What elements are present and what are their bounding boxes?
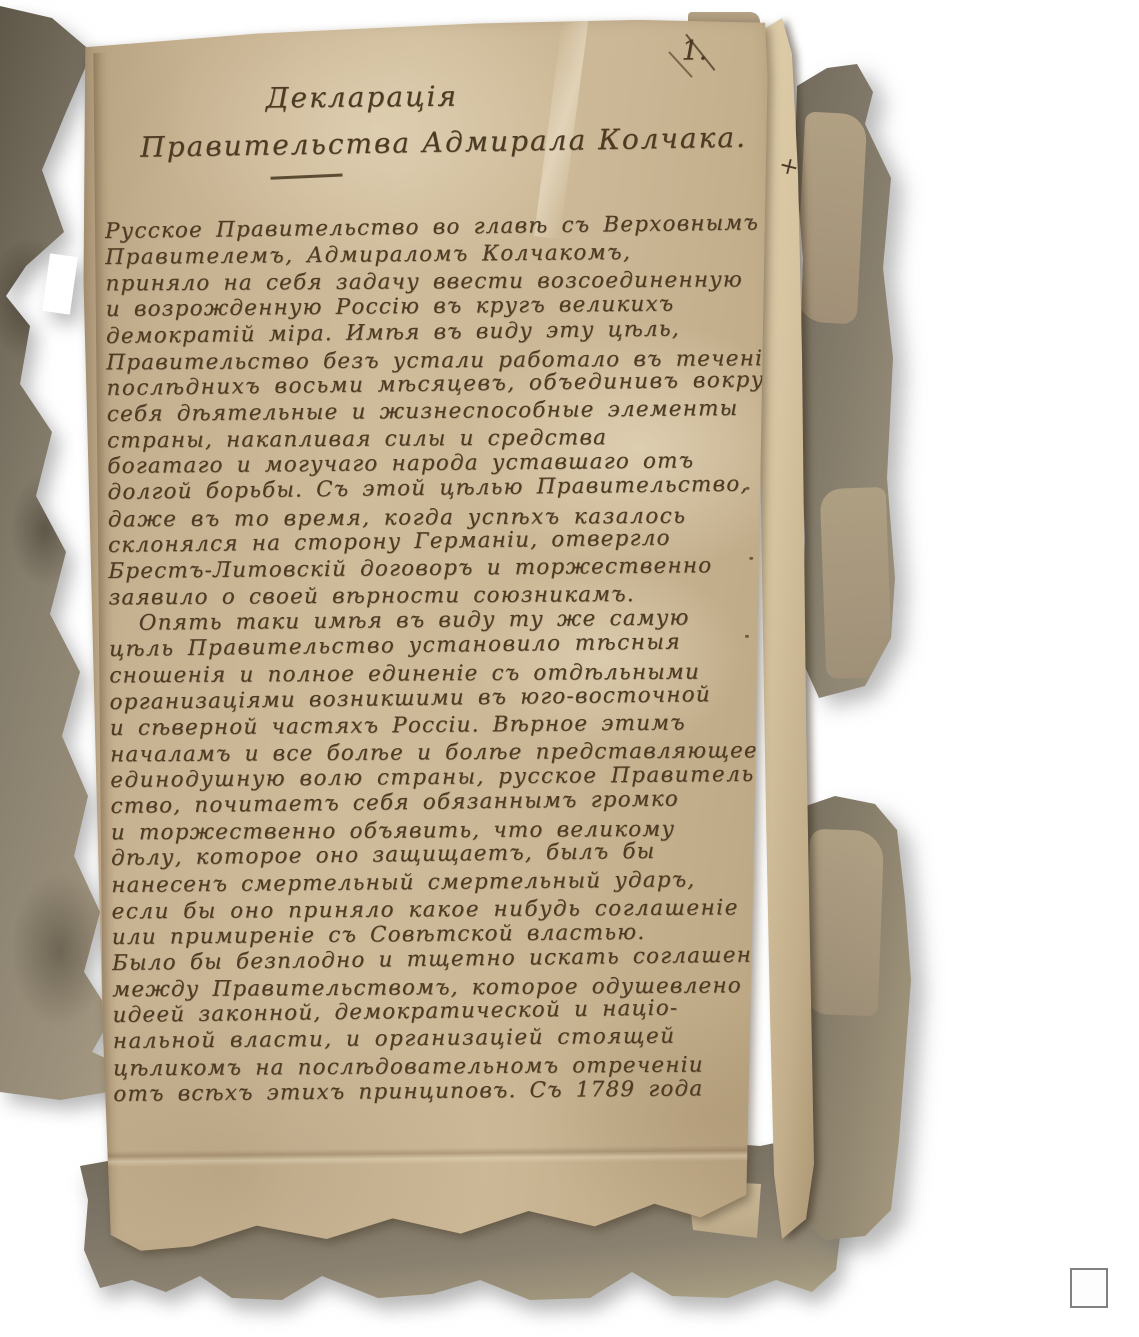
broken-image-icon [1070, 1268, 1108, 1308]
manuscript-body: Русское Правительство во главѣ съ Верхов… [105, 213, 778, 1139]
manuscript-page-surface: 1. Декларація Правительства Адмирала Кол… [77, 17, 789, 1274]
ink-speck [749, 557, 753, 560]
ink-speck [746, 487, 750, 490]
manuscript-line: нанесенъ смертельный смертельный ударъ, [111, 866, 775, 899]
manuscript-line: страны, накапливая силы и средства [107, 424, 771, 454]
torn-paper-remnant [820, 487, 893, 679]
manuscript-photo-page: 1. Декларація Правительства Адмирала Кол… [0, 0, 1139, 1337]
manuscript-line: нальной власти, и организаціей стоящей [113, 1023, 777, 1056]
page-number: 1. [681, 35, 707, 66]
manuscript-line: если бы оно приняло какое нибудь соглаше… [112, 895, 776, 925]
ink-speck [745, 635, 749, 638]
title-underline [271, 173, 343, 179]
manuscript-line: началамъ и все болѣе и болѣе представляю… [110, 738, 774, 768]
manuscript-page: 1. Декларація Правительства Адмирала Кол… [83, 20, 783, 1270]
document-title-line: Декларація [266, 80, 459, 115]
backing-tear-hole [42, 253, 78, 314]
manuscript-line: приняло на себя задачу ввести возсоедине… [105, 267, 769, 297]
manuscript-line: цѣликомъ на послѣдовательномъ отреченіи [113, 1052, 777, 1082]
manuscript-line: заявило о своей вѣрности союзникамъ. [109, 581, 773, 611]
document-title-line: Правительства Адмирала Колчака. [140, 121, 747, 164]
page-crease [98, 1145, 758, 1167]
